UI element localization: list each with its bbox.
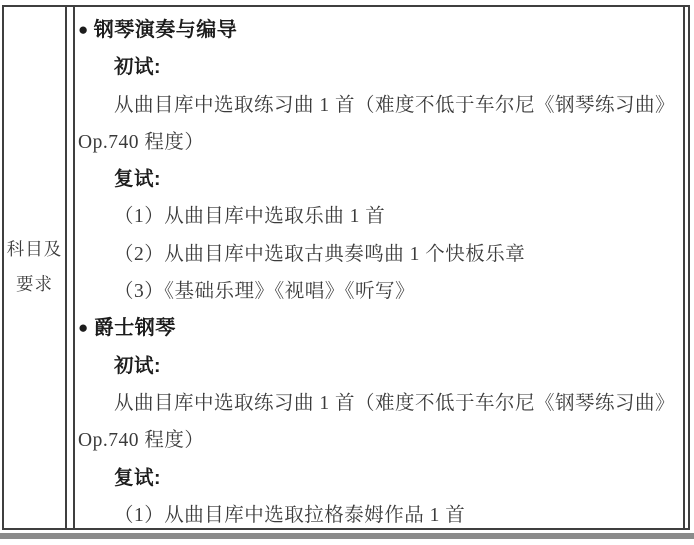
requirement-line: Op.740 程度）: [78, 422, 683, 459]
table-outer-bottom-border: [0, 533, 694, 539]
requirements-cell: ●钢琴演奏与编导初试:从曲目库中选取练习曲 1 首（难度不低于车尔尼《钢琴练习曲…: [78, 5, 683, 528]
line-text: Op.740 程度）: [78, 430, 204, 451]
requirement-line: 初试:: [114, 348, 683, 385]
cell-divider-line-outer: [65, 5, 67, 530]
requirement-line: 复试:: [114, 460, 683, 497]
table-outer-right-border: [688, 5, 690, 530]
line-text: 从曲目库中选取练习曲 1 首（难度不低于车尔尼《钢琴练习曲》: [114, 393, 675, 414]
list-bullet-icon: ●: [78, 318, 89, 337]
line-text: 初试:: [114, 56, 161, 78]
requirement-line: 复试:: [114, 161, 683, 198]
requirement-line: 初试:: [114, 49, 683, 86]
section-title-line: ●爵士钢琴: [78, 310, 683, 347]
line-text: 爵士钢琴: [94, 317, 176, 339]
requirement-line: 从曲目库中选取练习曲 1 首（难度不低于车尔尼《钢琴练习曲》: [114, 87, 683, 124]
line-text: 从曲目库中选取练习曲 1 首（难度不低于车尔尼《钢琴练习曲》: [114, 95, 675, 116]
requirement-line: （2）从曲目库中选取古典奏鸣曲 1 个快板乐章: [114, 236, 683, 273]
line-text: 复试:: [114, 168, 161, 190]
requirement-line: （1）从曲目库中选取拉格泰姆作品 1 首: [114, 497, 683, 528]
row-header-text-line1: 科目及: [7, 232, 63, 267]
cell-divider-line-inner: [73, 5, 75, 530]
requirement-line: 从曲目库中选取练习曲 1 首（难度不低于车尔尼《钢琴练习曲》: [114, 385, 683, 422]
line-text: （1）从曲目库中选取乐曲 1 首: [114, 206, 385, 227]
line-text: 钢琴演奏与编导: [94, 19, 238, 41]
line-text: （3）《基础乐理》《视唱》《听写》: [114, 281, 415, 302]
table-inner-bottom-border: [2, 528, 690, 530]
section-title-line: ●钢琴演奏与编导: [78, 12, 683, 49]
line-text: 初试:: [114, 355, 161, 377]
row-header-cell: 科目及 要求: [4, 5, 65, 528]
line-text: 复试:: [114, 467, 161, 489]
exam-requirements-table: 科目及 要求 ●钢琴演奏与编导初试:从曲目库中选取练习曲 1 首（难度不低于车尔…: [0, 0, 694, 545]
line-text: （1）从曲目库中选取拉格泰姆作品 1 首: [114, 505, 465, 526]
content-cell-right-border: [683, 5, 685, 530]
requirement-line: （1）从曲目库中选取乐曲 1 首: [114, 198, 683, 235]
line-text: Op.740 程度）: [78, 132, 204, 153]
row-header-text-line2: 要求: [16, 267, 53, 302]
requirement-line: Op.740 程度）: [78, 124, 683, 161]
requirement-line: （3）《基础乐理》《视唱》《听写》: [114, 273, 683, 310]
line-text: （2）从曲目库中选取古典奏鸣曲 1 个快板乐章: [114, 244, 525, 265]
requirements-lines: ●钢琴演奏与编导初试:从曲目库中选取练习曲 1 首（难度不低于车尔尼《钢琴练习曲…: [78, 12, 683, 528]
list-bullet-icon: ●: [78, 20, 89, 39]
